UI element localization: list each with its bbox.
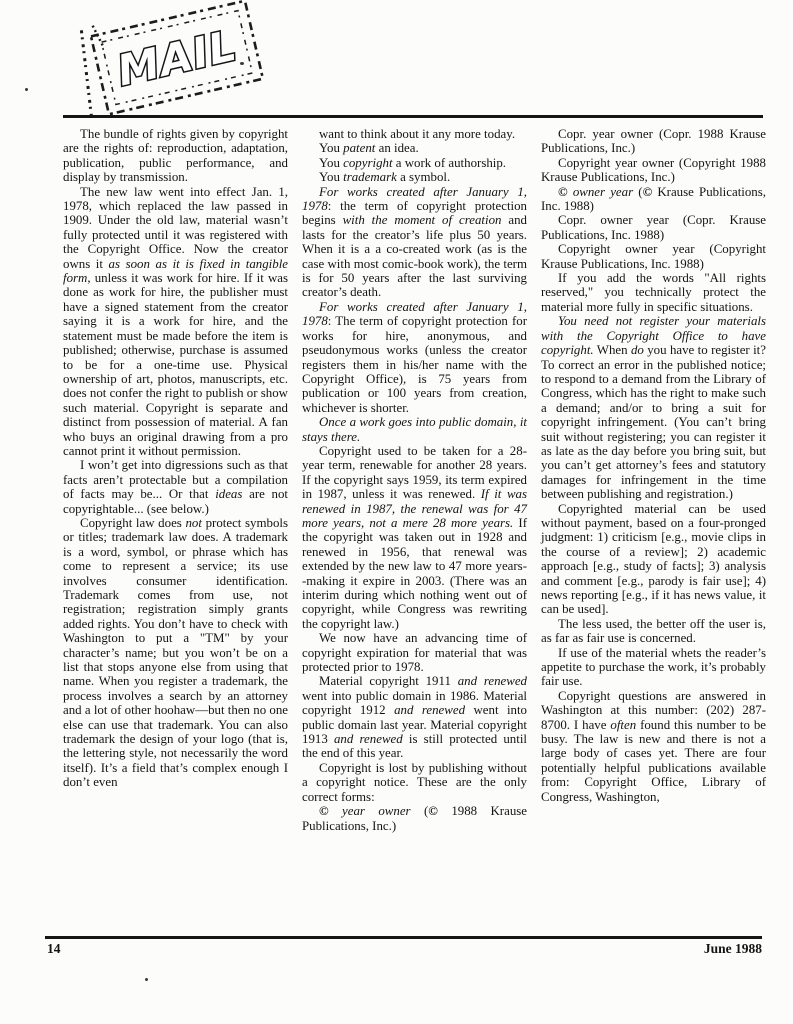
text-segment: a symbol. [397, 170, 450, 184]
text-segment [329, 804, 342, 818]
page-number: 14 [47, 941, 61, 957]
text-segment: do [631, 343, 644, 357]
text-segment: an idea. [375, 141, 418, 155]
ink-speckle [145, 978, 148, 981]
paragraph: Once a work goes into public domain, it … [302, 415, 527, 444]
stamp-text: MAIL [113, 21, 242, 96]
paragraph: Copyrighted material can be used without… [541, 502, 766, 617]
text-segment: We now have an advancing time of copyrig… [302, 631, 527, 674]
paragraph: I won’t get into digressions such as tha… [63, 458, 288, 516]
ink-speckle [240, 62, 244, 65]
ink-speckle [25, 88, 28, 91]
text-segment: trademark [343, 170, 397, 184]
text-segment: protect symbols or titles; trademark law… [63, 516, 288, 789]
header-rule [63, 115, 763, 118]
text-segment: © [319, 804, 329, 818]
article-columns: The bundle of rights given by copyright … [63, 127, 766, 833]
text-segment: ( [633, 185, 642, 199]
text-segment: Copyright is lost by publishing without … [302, 761, 527, 804]
text-segment: If the copyright was taken out in 1928 a… [302, 516, 527, 631]
paragraph: You copyright a work of authorship. [302, 156, 527, 170]
text-segment: Copyright owner year (Copyright Krause P… [541, 242, 766, 270]
paragraph: If you add the words "All rights reserve… [541, 271, 766, 314]
paragraph: The new law went into effect Jan. 1, 197… [63, 185, 288, 459]
paragraph: The bundle of rights given by copyright … [63, 127, 288, 185]
text-segment: You [319, 156, 343, 170]
text-segment: Copr. year owner (Copr. 1988 Krause Publ… [541, 127, 766, 155]
paragraph: You need not register your materials wit… [541, 314, 766, 501]
column-1: The bundle of rights given by copyright … [63, 127, 288, 833]
text-segment: a work of authorship. [393, 156, 507, 170]
paragraph: Copyright used to be taken for a 28-year… [302, 444, 527, 631]
paragraph: You trademark a symbol. [302, 170, 527, 184]
paragraph: You patent an idea. [302, 141, 527, 155]
mail-stamp-graphic: MAIL [50, 0, 300, 121]
text-segment: © [558, 185, 568, 199]
text-segment: not [185, 516, 201, 530]
text-segment: , unless it was work for hire. If it was… [63, 271, 288, 458]
paragraph: Copyright owner year (Copyright Krause P… [541, 242, 766, 271]
issue-date: June 1988 [704, 941, 762, 957]
text-segment: copyright [343, 156, 392, 170]
text-segment: Copr. owner year (Copr. Krause Publicati… [541, 213, 766, 241]
text-segment: Copyright law does [80, 516, 185, 530]
text-segment: : The term of copyright protection for w… [302, 314, 527, 414]
text-segment: You [319, 141, 343, 155]
text-segment: with the moment of creation [343, 213, 502, 227]
text-segment: year owner [342, 804, 411, 818]
text-segment: If use of the material whets the reader’… [541, 646, 766, 689]
paragraph: The less used, the better off the user i… [541, 617, 766, 646]
footer-rule [45, 936, 762, 939]
text-segment: © [643, 185, 653, 199]
text-segment: you have to register it? To correct an e… [541, 343, 766, 501]
paragraph: Copr. year owner (Copr. 1988 Krause Publ… [541, 127, 766, 156]
text-segment: Copyrighted material can be used without… [541, 502, 766, 617]
paragraph: © owner year (© Krause Publications, Inc… [541, 185, 766, 214]
stamp-edge-scribble [72, 30, 102, 120]
paragraph: For works created after January 1, 1978:… [302, 185, 527, 300]
text-segment: If you add the words "All rights reserve… [541, 271, 766, 314]
paragraph: Material copyright 1911 and renewed went… [302, 674, 527, 760]
text-segment: When [594, 343, 631, 357]
paragraph: Copyright year owner (Copyright 1988 Kra… [541, 156, 766, 185]
text-segment: and renewed [334, 732, 403, 746]
text-segment: Once a work goes into public domain, it … [302, 415, 527, 443]
text-segment: and renewed [394, 703, 465, 717]
text-segment: © [428, 804, 438, 818]
text-segment: patent [343, 141, 375, 155]
text-segment: You [319, 170, 343, 184]
paragraph: Copr. owner year (Copr. Krause Publicati… [541, 213, 766, 242]
text-segment: want to think about it any more today. [319, 127, 515, 141]
column-3: Copr. year owner (Copr. 1988 Krause Publ… [541, 127, 766, 833]
paragraph: Copyright law does not protect symbols o… [63, 516, 288, 790]
paragraph: We now have an advancing time of copyrig… [302, 631, 527, 674]
paragraph: want to think about it any more today. [302, 127, 527, 141]
text-segment: often [610, 718, 636, 732]
paragraph: Copyright questions are answered in Wash… [541, 689, 766, 804]
paragraph: Copyright is lost by publishing without … [302, 761, 527, 804]
text-segment: The bundle of rights given by copyright … [63, 127, 288, 184]
text-segment: and renewed [458, 674, 527, 688]
text-segment: Copyright year owner (Copyright 1988 Kra… [541, 156, 766, 184]
paragraph: © year owner (© 1988 Krause Publications… [302, 804, 527, 833]
text-segment: Material copyright 1911 [319, 674, 458, 688]
mail-stamp: MAIL [50, 0, 300, 121]
text-segment: The less used, the better off the user i… [541, 617, 766, 645]
paragraph: If use of the material whets the reader’… [541, 646, 766, 689]
column-2: want to think about it any more today.Yo… [302, 127, 527, 833]
text-segment: ( [411, 804, 429, 818]
text-segment: ideas [215, 487, 242, 501]
text-segment: owner year [573, 185, 633, 199]
paragraph: For works created after January 1, 1978:… [302, 300, 527, 415]
